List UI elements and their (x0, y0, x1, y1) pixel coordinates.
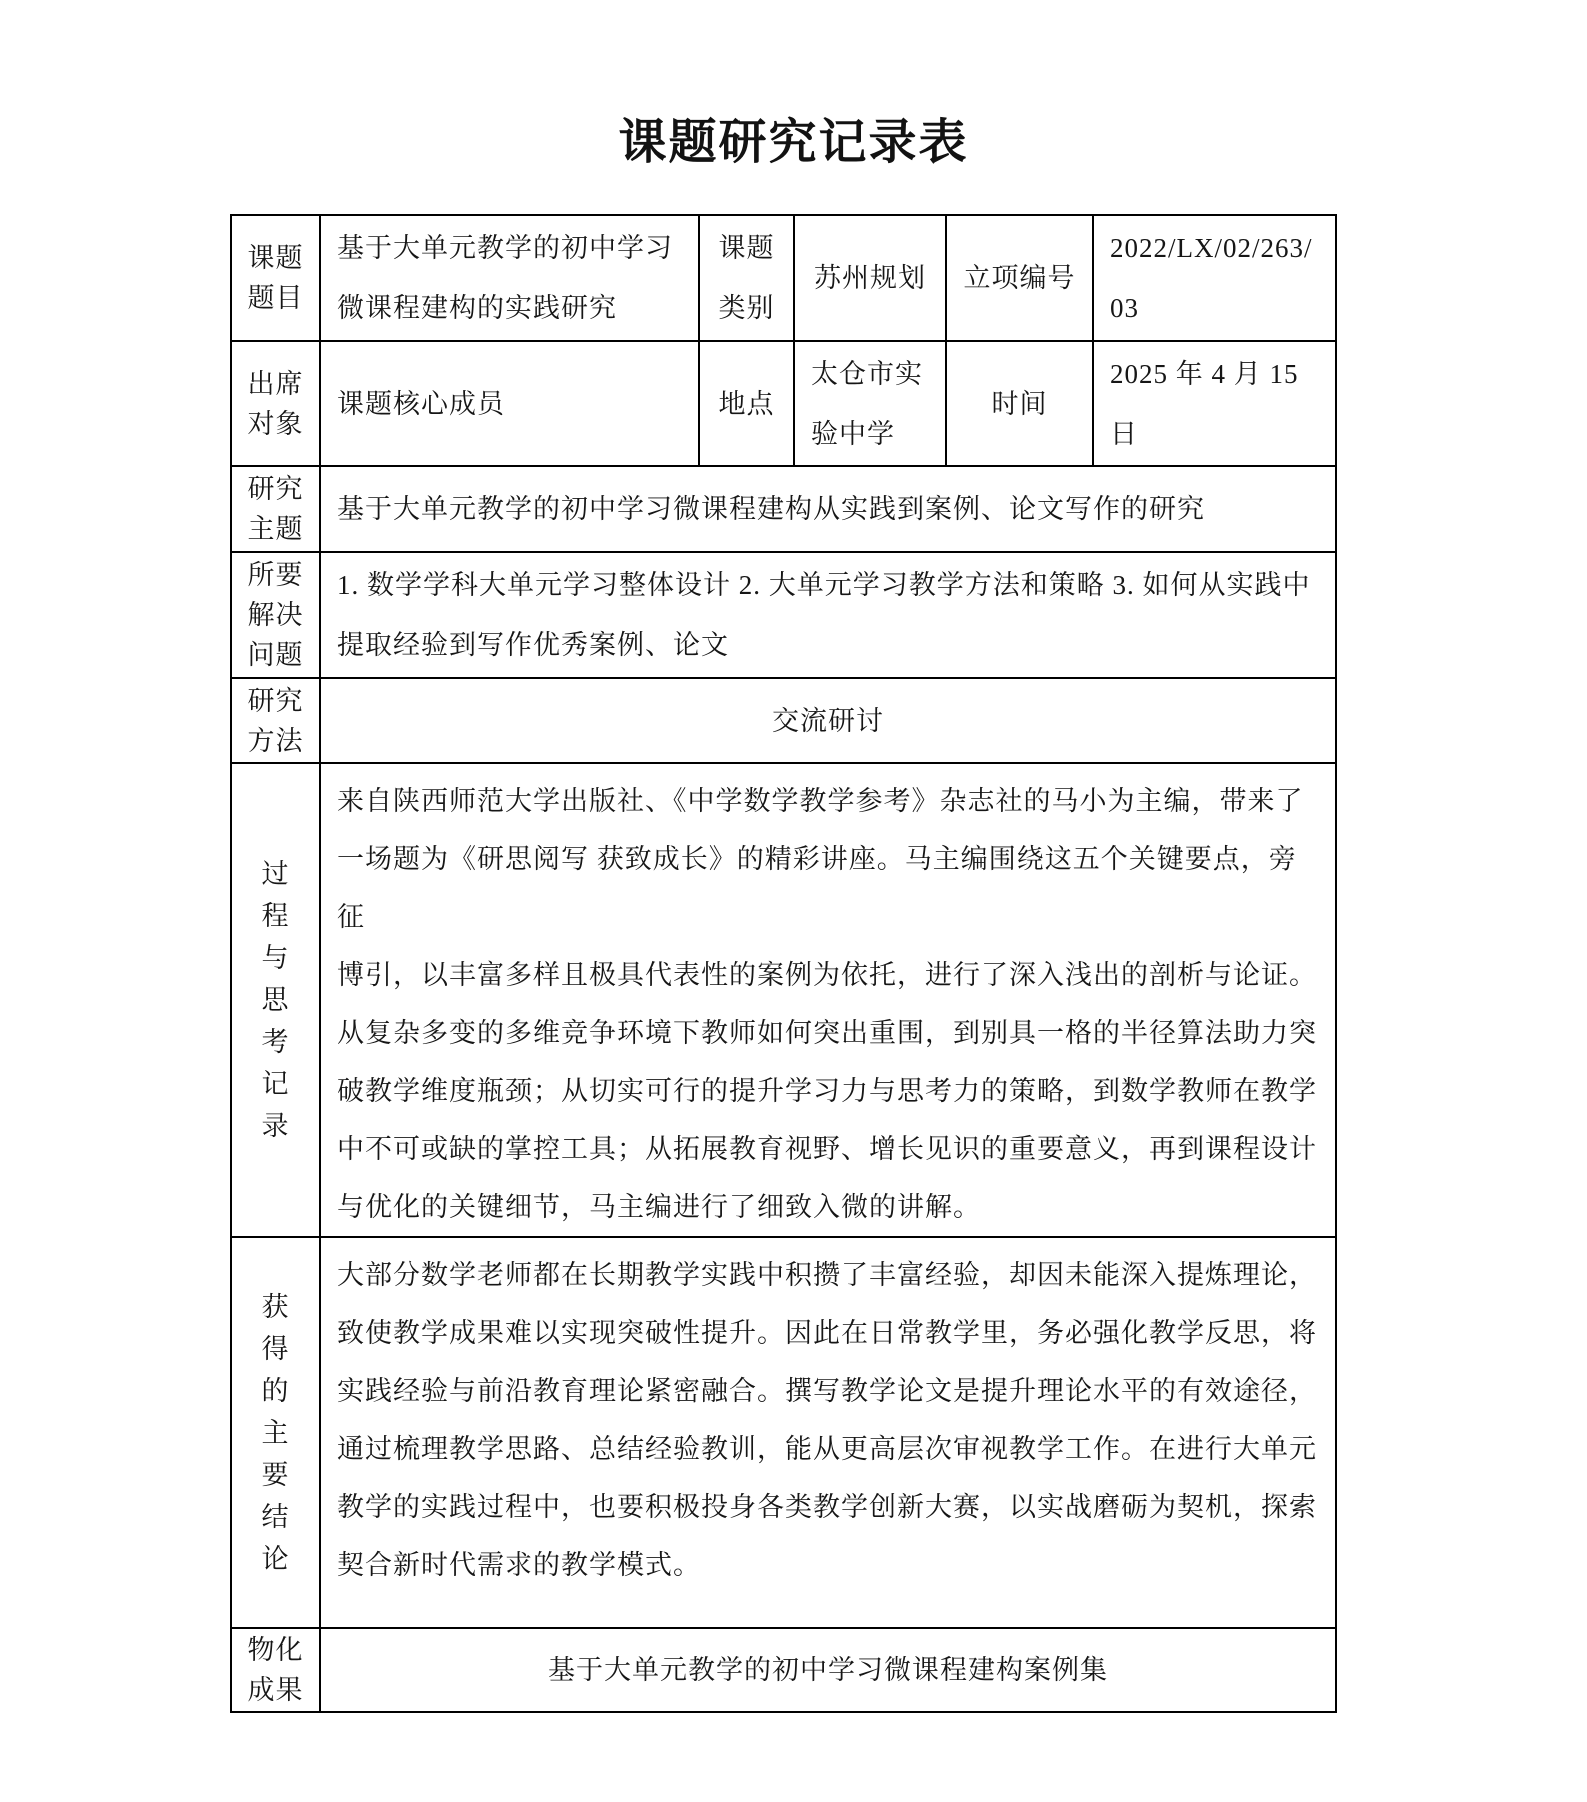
table-row: 出席 对象 课题核心成员 地点 太仓市实 验中学 时间 2025 年 4 月 1… (231, 341, 1336, 466)
table-row: 研究 方法 交流研讨 (231, 678, 1336, 763)
label-topic-category: 课题 类别 (699, 215, 794, 341)
value-attendees: 课题核心成员 (320, 341, 699, 466)
table-row: 研究 主题 基于大单元教学的初中学习微课程建构从实践到案例、论文写作的研究 (231, 466, 1336, 552)
value-materialized-outcomes: 基于大单元教学的初中学习微课程建构案例集 (320, 1628, 1336, 1712)
label-problems-to-solve: 所要 解决 问题 (231, 552, 320, 678)
document-page: 课题研究记录表 课题 题目 基于大单元教学的初中学习 微课程建构的实践研究 课题… (0, 0, 1587, 1802)
document-title: 课题研究记录表 (0, 114, 1587, 172)
table-row: 课题 题目 基于大单元教学的初中学习 微课程建构的实践研究 课题 类别 苏州规划… (231, 215, 1336, 341)
label-process-notes: 过 程 与 思 考 记 录 (231, 763, 320, 1237)
value-topic-category: 苏州规划 (794, 215, 946, 341)
value-process-notes: 来自陕西师范大学出版社、《中学数学教学参考》杂志社的马小为主编，带来了 一场题为… (320, 763, 1336, 1237)
value-research-method: 交流研讨 (320, 678, 1336, 763)
label-project-number: 立项编号 (946, 215, 1093, 341)
value-topic-title: 基于大单元教学的初中学习 微课程建构的实践研究 (320, 215, 699, 341)
value-project-number: 2022/LX/02/263/ 03 (1093, 215, 1336, 341)
label-materialized-outcomes: 物化 成果 (231, 1628, 320, 1712)
research-record-table: 课题 题目 基于大单元教学的初中学习 微课程建构的实践研究 课题 类别 苏州规划… (230, 214, 1337, 1713)
label-research-method: 研究 方法 (231, 678, 320, 763)
value-time: 2025 年 4 月 15 日 (1093, 341, 1336, 466)
label-time: 时间 (946, 341, 1093, 466)
label-attendees: 出席 对象 (231, 341, 320, 466)
table-row: 过 程 与 思 考 记 录 来自陕西师范大学出版社、《中学数学教学参考》杂志社的… (231, 763, 1336, 1237)
table-row: 所要 解决 问题 1. 数学学科大单元学习整体设计 2. 大单元学习教学方法和策… (231, 552, 1336, 678)
value-main-conclusions: 大部分数学老师都在长期教学实践中积攒了丰富经验，却因未能深入提炼理论， 致使教学… (320, 1237, 1336, 1628)
label-research-theme: 研究 主题 (231, 466, 320, 552)
table-row: 物化 成果 基于大单元教学的初中学习微课程建构案例集 (231, 1628, 1336, 1712)
value-problems-to-solve: 1. 数学学科大单元学习整体设计 2. 大单元学习教学方法和策略 3. 如何从实… (320, 552, 1336, 678)
table-row: 获 得 的 主 要 结 论 大部分数学老师都在长期教学实践中积攒了丰富经验，却因… (231, 1237, 1336, 1628)
label-location: 地点 (699, 341, 794, 466)
label-topic-title: 课题 题目 (231, 215, 320, 341)
label-main-conclusions: 获 得 的 主 要 结 论 (231, 1237, 320, 1628)
value-research-theme: 基于大单元教学的初中学习微课程建构从实践到案例、论文写作的研究 (320, 466, 1336, 552)
value-location: 太仓市实 验中学 (794, 341, 946, 466)
